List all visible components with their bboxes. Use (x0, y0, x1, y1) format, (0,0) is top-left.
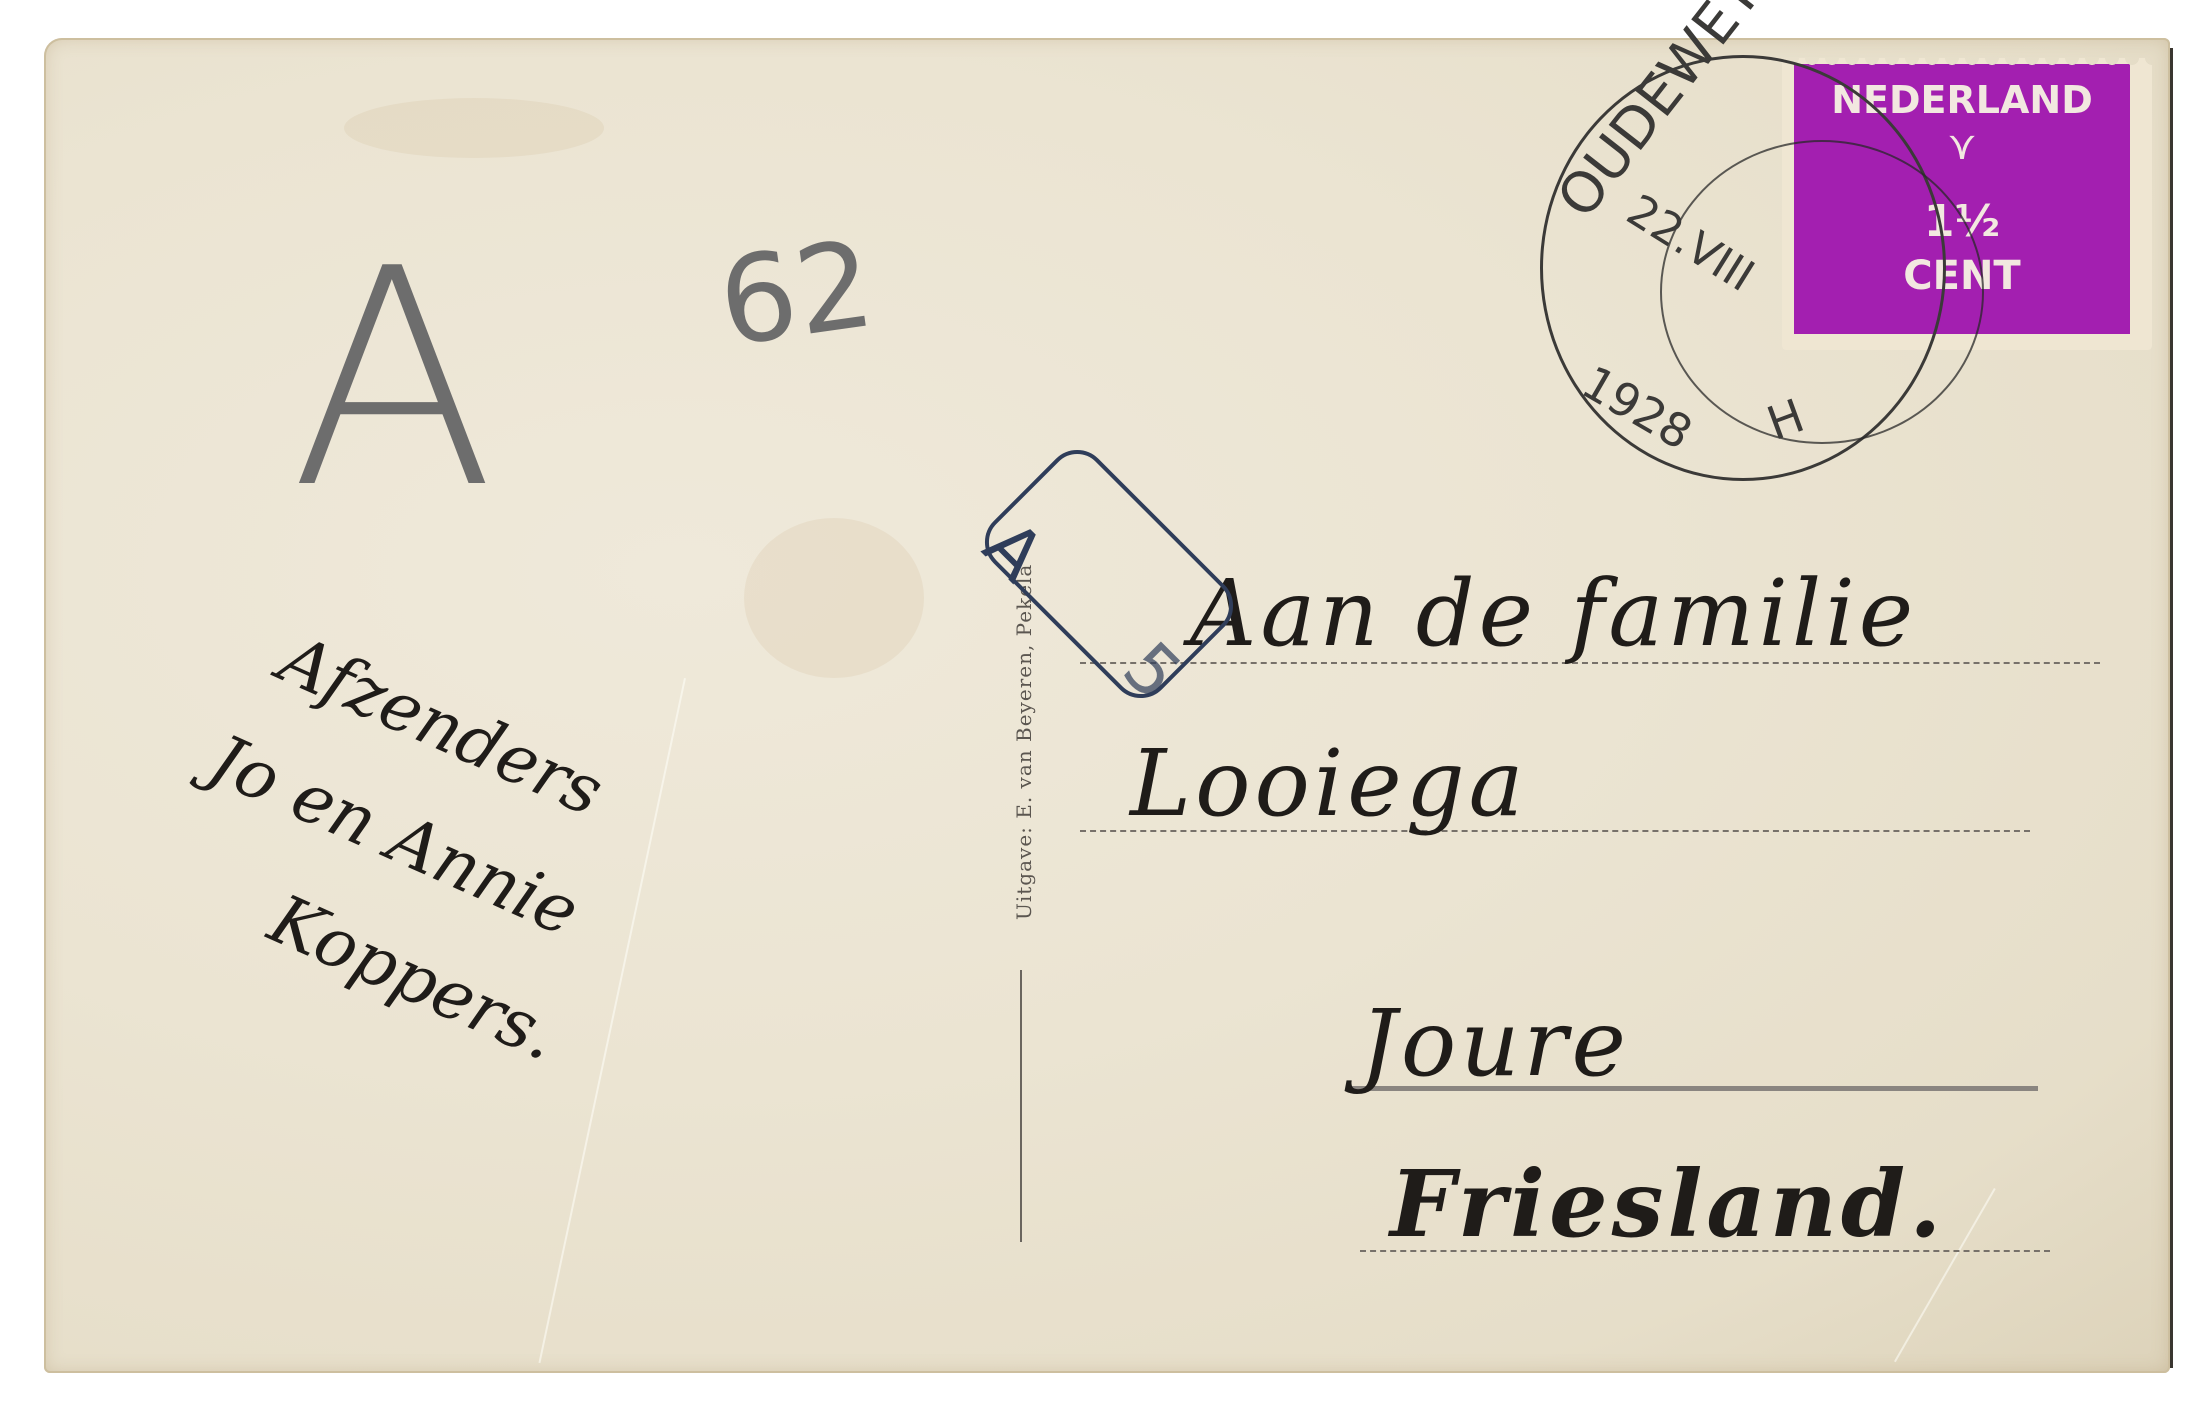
address-line: Joure (1360, 990, 1630, 1097)
paper-stain (344, 98, 604, 158)
pencil-number: 62 (711, 215, 882, 374)
address-line: Aan de familie (1190, 560, 1917, 667)
paper-stain (744, 518, 924, 678)
flying-dove-icon: ⋎ (1947, 126, 1976, 166)
pencil-letter: A (290, 230, 495, 530)
postmark-inner-ring (1660, 140, 1984, 444)
address-line: Friesland. (1390, 1150, 1945, 1258)
center-divider (1020, 970, 1022, 1242)
publisher-line: Uitgave: E. van Beyeren, Pekela (1012, 564, 1036, 920)
address-line: Looiega (1130, 730, 1527, 837)
